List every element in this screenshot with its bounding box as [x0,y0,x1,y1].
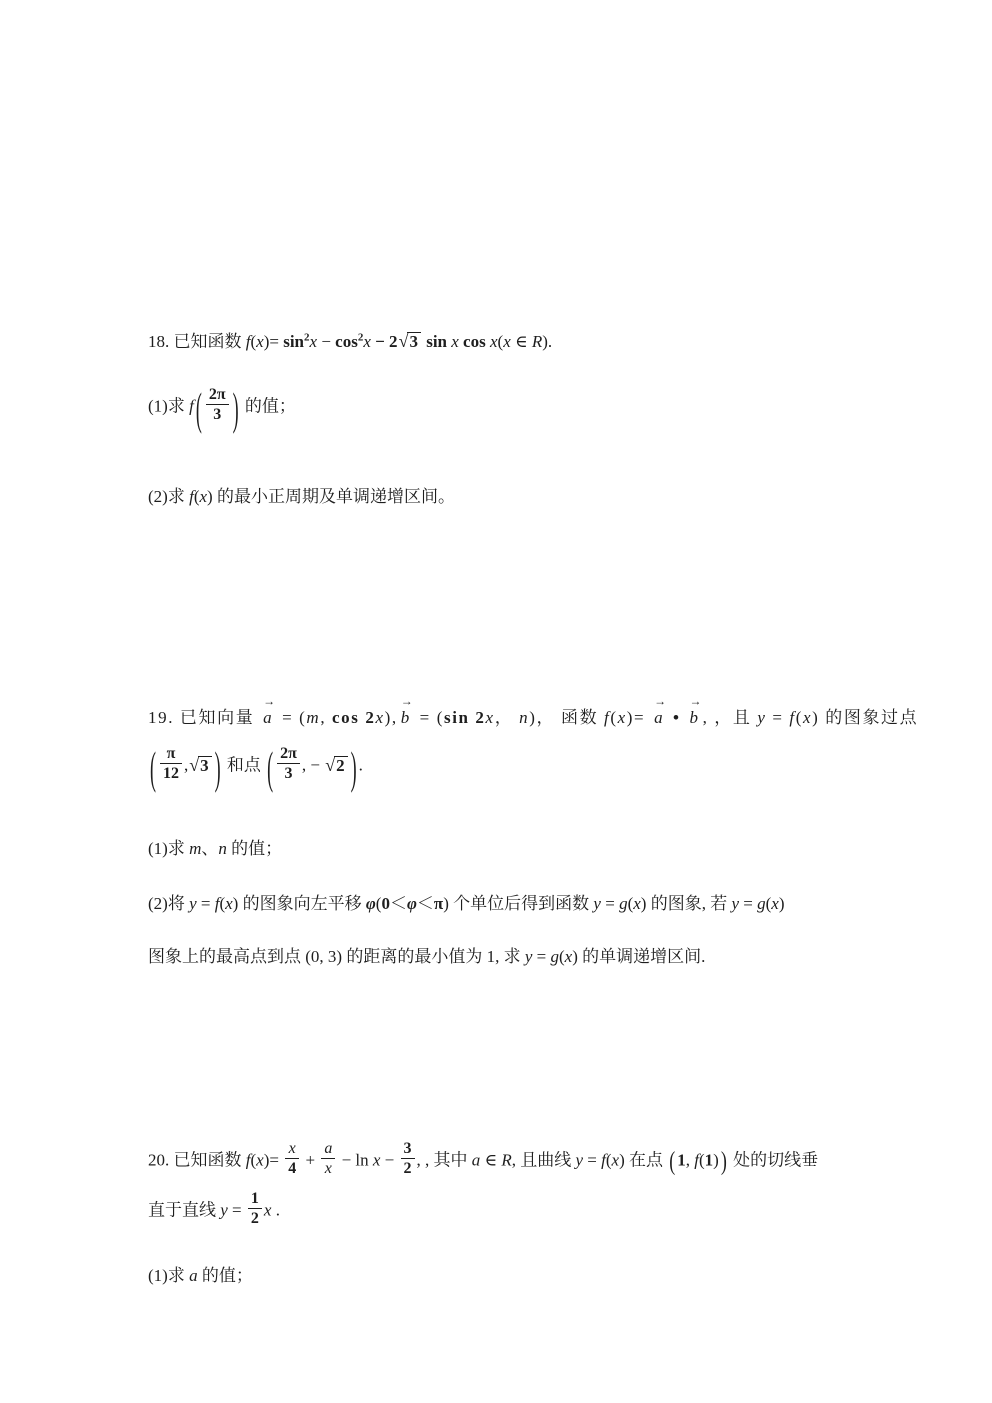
text-run: (2)求 [148,487,189,506]
text-run: ∈ [511,332,532,351]
math-var: n [519,708,529,727]
math-var: x [375,708,384,727]
math-var: a [654,708,664,727]
math-var: x [225,894,233,913]
math-var: n [218,839,227,858]
math-var: b [689,708,699,727]
big-paren: ) [233,381,239,437]
text-run: 函数 [561,708,604,727]
math-var: a [472,1151,481,1170]
problem-19-points: (π12,√3) 和点 (2π3, − √2). [148,747,363,786]
math-var: y [576,1151,584,1170]
problem-19-part-2-cont: 图象上的最高点到点 (0, 3) 的距离的最小值为 1, 求 y = g(x) … [148,946,705,967]
math-var: R [501,1151,511,1170]
fraction-numerator: 3 [401,1140,415,1158]
fraction-numerator: 2π [277,745,300,763]
text-run: = [269,332,283,351]
text-run: )， [529,708,561,727]
math-var: φ [366,894,376,913]
text-run: , [320,708,332,727]
problem-20-statement-cont: 直于直线 y = 12x . [148,1192,280,1231]
math-var: f [189,397,194,416]
math-var: x [612,1151,620,1170]
fraction-denominator: 12 [160,763,182,784]
big-paren: ( [196,381,202,437]
text-run: = ( [414,708,444,727]
text-run: ∈ [480,1151,501,1170]
radicand: 3 [198,756,212,776]
text-run: (1)求 [148,1266,189,1285]
vector: →a [263,707,273,728]
problem-19-part-1: (1)求 m、n 的值； [148,838,282,859]
math-var: x [503,332,511,351]
fraction-denominator: 2 [248,1208,262,1229]
text-run: 20. 已知函数 [148,1151,246,1170]
text-run: , , 其中 [417,1151,472,1170]
sqrt-radical: √3 [399,330,421,353]
math-var: y [220,1201,228,1220]
text-run: 的值； [227,839,282,858]
problem-20-statement: 20. 已知函数 f(x)= x4 + ax − ln x − 32, , 其中… [148,1142,818,1181]
math-var: x [451,332,459,351]
fraction: 32 [401,1140,415,1179]
vector: →b [401,707,411,728]
problem-18-part-2: (2)求 f(x) 的最小正周期及单调递增区间。 [148,486,455,507]
math-var: g [619,894,628,913]
math-var: x [771,894,779,913]
math-var: g [550,947,559,966]
text-run: = [228,1201,246,1220]
math-var: φ [407,894,417,913]
text-run: , [686,1151,695,1170]
text-run: . [548,332,552,351]
sqrt-radical: √2 [325,754,347,777]
math-var: x [310,332,318,351]
vector-arrow-icon: → [401,695,415,707]
text-run: = ( [276,708,306,727]
radicand: 3 [407,332,421,352]
radicand: 2 [334,756,348,776]
text-run: 图象上的最高点到点 (0, 3) 的距离的最小值为 1, 求 [148,947,525,966]
math-var: x [363,332,371,351]
math-func: cos [335,332,358,351]
text-run: = [532,947,550,966]
problem-18-part-1: (1)求 f(2π3) 的值； [148,388,296,427]
text-run: − ln [337,1151,373,1170]
problem-20-part-1: (1)求 a 的值； [148,1265,253,1286]
math-func: sin 2 [444,708,486,727]
math-var: x [803,708,812,727]
math-var: y [593,894,601,913]
math-var: x [490,332,498,351]
math-var: m [189,839,201,858]
fraction: ax [321,1140,335,1179]
text-run: (1)求 [148,839,189,858]
text-run: = [601,894,619,913]
text-run: , 且曲线 [512,1151,576,1170]
math-func: sin [422,332,451,351]
problem-19-statement: 19. 已知向量 →a = (m, cos 2x),→b = (sin 2x， … [148,707,918,728]
text-run: − [317,332,335,351]
fraction: x4 [285,1140,299,1179]
text-run: ) [713,1151,719,1170]
fraction: π12 [160,745,182,784]
vector-arrow-icon: → [654,695,668,707]
vector: →a [654,707,664,728]
math-var: m [306,708,320,727]
math-var: x [618,708,627,727]
vector-arrow-icon: → [689,695,703,707]
big-paren: ) [215,740,221,796]
vector: →b [689,707,699,728]
text-run: (2)将 [148,894,189,913]
big-paren: ) [721,1145,727,1178]
math-var: x [486,708,495,727]
fraction-denominator: 3 [277,763,300,784]
math-var: g [757,894,766,913]
big-paren: ( [669,1145,675,1178]
text-run: + [301,1151,319,1170]
text-run: (1)求 [148,397,189,416]
text-run: − [380,1151,398,1170]
big-paren: ( [150,740,156,796]
fraction-numerator: 1 [248,1190,262,1208]
text-run: , ，且 [703,708,758,727]
text-run: 18. 已知函数 [148,332,246,351]
text-run: 个单位后得到函数 [449,894,594,913]
text-run: 直于直线 [148,1201,220,1220]
text-run: ( [610,708,617,727]
text-run: = [739,894,757,913]
less-than-sign: ＜ [417,894,434,913]
big-paren: ) [351,740,357,796]
text-run: = [583,1151,601,1170]
math-func: sin [283,332,304,351]
text-run: 的值； [198,1266,253,1285]
text-run: . [271,1201,280,1220]
fraction-numerator: 2π [206,386,229,404]
fraction-denominator: 4 [285,1158,299,1179]
fraction-numerator: x [285,1140,299,1158]
math-func: cos 2 [332,708,375,727]
fraction-numerator: a [321,1140,335,1158]
text-run: , − [302,756,324,775]
fraction-denominator: 3 [206,404,229,425]
text-run: 的图象, 若 [646,894,731,913]
fraction-numerator: π [160,745,182,763]
vector-arrow-icon: → [263,695,277,707]
problem-18-statement: 18. 已知函数 f(x)= sin2x − cos2x − 2√3 sin x… [148,330,552,353]
text-run: = [269,1151,283,1170]
text-run: 在点 [625,1151,668,1170]
problem-19-part-2: (2)将 y = f(x) 的图象向左平移 φ(0＜φ＜π) 个单位后得到函数 … [148,893,784,914]
text-run: 的最小正周期及单调递增区间。 [213,487,455,506]
text-run: − 2 [371,332,398,351]
math-var: R [532,332,542,351]
text-run: 1 [677,1151,686,1170]
fraction: 2π3 [277,745,300,784]
math-var: a [189,1266,198,1285]
dot-product-operator: • [667,708,686,727]
document-page: 18. 已知函数 f(x)= sin2x − cos2x − 2√3 sin x… [0,0,992,1403]
text-run: ， [495,708,519,727]
less-than-sign: ＜ [390,894,407,913]
text-run: 、 [201,839,218,858]
math-var: x [256,1151,264,1170]
text-run: ) [627,708,634,727]
text-run: ( [796,708,803,727]
fraction: 2π3 [206,386,229,425]
text-run: 的单调递增区间. [578,947,706,966]
text-run: , [184,756,188,775]
text-run: 的图象过点 [819,708,918,727]
math-var: y [731,894,739,913]
sqrt-radical: √3 [189,754,211,777]
text-run: 的图象向左平移 [238,894,366,913]
fraction-denominator: 2 [401,1158,415,1179]
text-run: = [766,708,789,727]
fraction: 12 [248,1190,262,1229]
text-run: 和点 [223,756,266,775]
text-run: 19. 已知向量 [148,708,260,727]
math-var: π [434,894,443,913]
fraction-denominator: x [321,1158,335,1179]
text-run: 的值； [241,397,296,416]
text-run: = [634,708,651,727]
text-run: . [359,756,363,775]
text-run: 1 [705,1151,714,1170]
text-run: ), [385,708,398,727]
math-var: x [256,332,264,351]
text-run: 处的切线垂 [729,1151,818,1170]
big-paren: ( [267,740,273,796]
math-var: y [189,894,197,913]
math-func: cos [459,332,490,351]
math-var: x [199,487,207,506]
math-var: x [633,894,641,913]
math-var: b [401,708,411,727]
text-run: = [197,894,215,913]
text-run: ) [779,894,785,913]
text-run: 0 [381,894,390,913]
math-var: a [263,708,273,727]
